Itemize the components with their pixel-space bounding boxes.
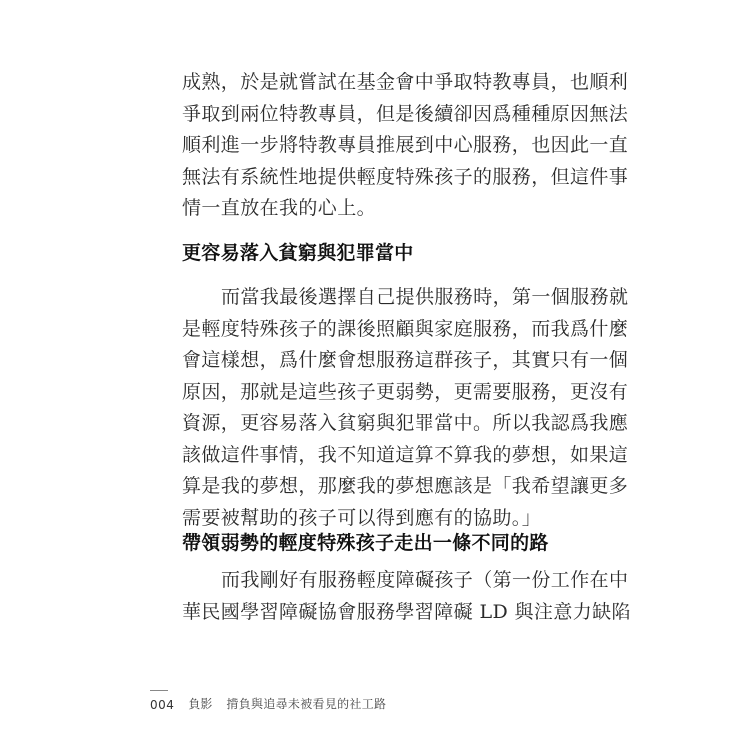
text-line: 該做這件事情，我不知道這算不算我的夢想，如果這 — [182, 440, 574, 472]
section-heading-2-container: 帶領弱勢的輕度特殊孩子走出一條不同的路 — [182, 528, 574, 558]
text-line: 情一直放在我的心上。 — [182, 193, 574, 225]
page-footer: 004 負影 揹負與追尋未被看見的社工路 — [150, 688, 386, 712]
book-short-title: 負影 — [188, 695, 212, 712]
text-line: 而我剛好有服務輕度障礙孩子（第一份工作在中 — [182, 565, 574, 597]
text-line: 會這樣想，爲什麼會想服務這群孩子，其實只有一個 — [182, 345, 574, 377]
page-number: 004 — [150, 698, 174, 712]
text-line: 爭取到兩位特教專員，但是後續卻因爲種種原因無法 — [182, 99, 574, 131]
section-heading-2: 帶領弱勢的輕度特殊孩子走出一條不同的路 — [182, 528, 574, 558]
book-subtitle: 揹負與追尋未被看見的社工路 — [226, 695, 386, 712]
paragraph-3: 而我剛好有服務輕度障礙孩子（第一份工作在中 華民國學習障礙協會服務學習障礙 LD… — [182, 565, 574, 628]
paragraph-2: 而當我最後選擇自己提供服務時，第一個服務就 是輕度特殊孩子的課後照顧與家庭服務，… — [182, 282, 574, 534]
text-line: 資源，更容易落入貧窮與犯罪當中。所以我認爲我應 — [182, 408, 574, 440]
text-line: 算是我的夢想，那麼我的夢想應該是「我希望讓更多 — [182, 471, 574, 503]
book-page: 成熟，於是就嘗試在基金會中爭取特教專員，也順利 爭取到兩位特教專員，但是後續卻因… — [0, 0, 750, 750]
section-heading-1-container: 更容易落入貧窮與犯罪當中 — [182, 238, 574, 268]
section-heading-1: 更容易落入貧窮與犯罪當中 — [182, 238, 574, 268]
text-line: 順利進一步將特教專員推展到中心服務，也因此一直 — [182, 130, 574, 162]
paragraph-1: 成熟，於是就嘗試在基金會中爭取特教專員，也順利 爭取到兩位特教專員，但是後續卻因… — [182, 67, 574, 225]
text-line: 華民國學習障礙協會服務學習障礙 LD 與注意力缺陷 — [182, 597, 574, 629]
text-line: 是輕度特殊孩子的課後照顧與家庭服務，而我爲什麼 — [182, 314, 574, 346]
text-line: 成熟，於是就嘗試在基金會中爭取特教專員，也順利 — [182, 67, 574, 99]
text-line: 原因，那就是這些孩子更弱勢，更需要服務，更沒有 — [182, 377, 574, 409]
text-line: 而當我最後選擇自己提供服務時，第一個服務就 — [182, 282, 574, 314]
text-line: 無法有系統性地提供輕度特殊孩子的服務，但這件事 — [182, 162, 574, 194]
